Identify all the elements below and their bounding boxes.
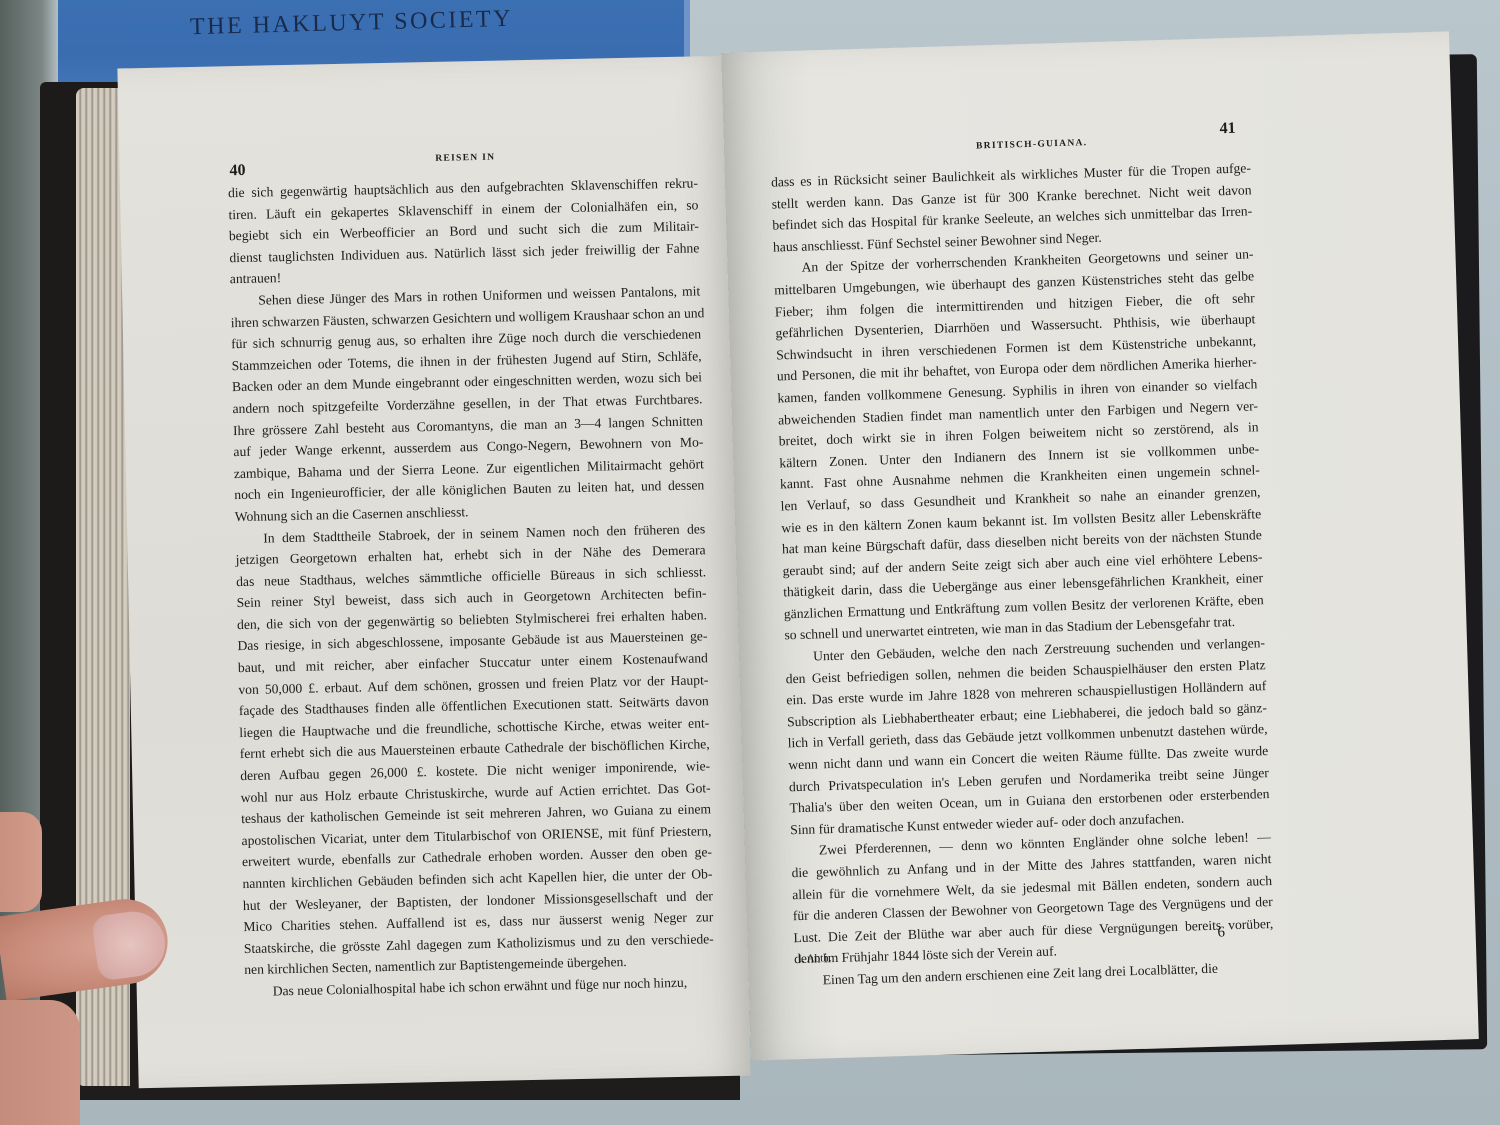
- right-page-body: dass es in Rücksicht seiner Baulichkeit …: [771, 157, 1275, 991]
- signature-number: 6: [1217, 924, 1225, 941]
- signature-mark: I. Abth.: [798, 952, 832, 965]
- page-number-right: 41: [1219, 120, 1236, 138]
- running-head-right: BRITISCH-GUIANA.: [976, 138, 1088, 151]
- left-page-body: die sich gegenwärtig hauptsächlich aus d…: [228, 172, 715, 1002]
- finger: [0, 812, 42, 912]
- right-page: BRITISCH-GUIANA. 41 dass es in Rücksicht…: [721, 31, 1479, 1060]
- hand-palm: [0, 1000, 80, 1125]
- page-number-left: 40: [229, 162, 245, 180]
- book-spine-title: THE HAKLUYT SOCIETY: [190, 6, 514, 41]
- running-head-left: REISEN IN: [435, 153, 495, 164]
- left-page: 40 REISEN IN die sich gegenwärtig haupts…: [117, 56, 750, 1089]
